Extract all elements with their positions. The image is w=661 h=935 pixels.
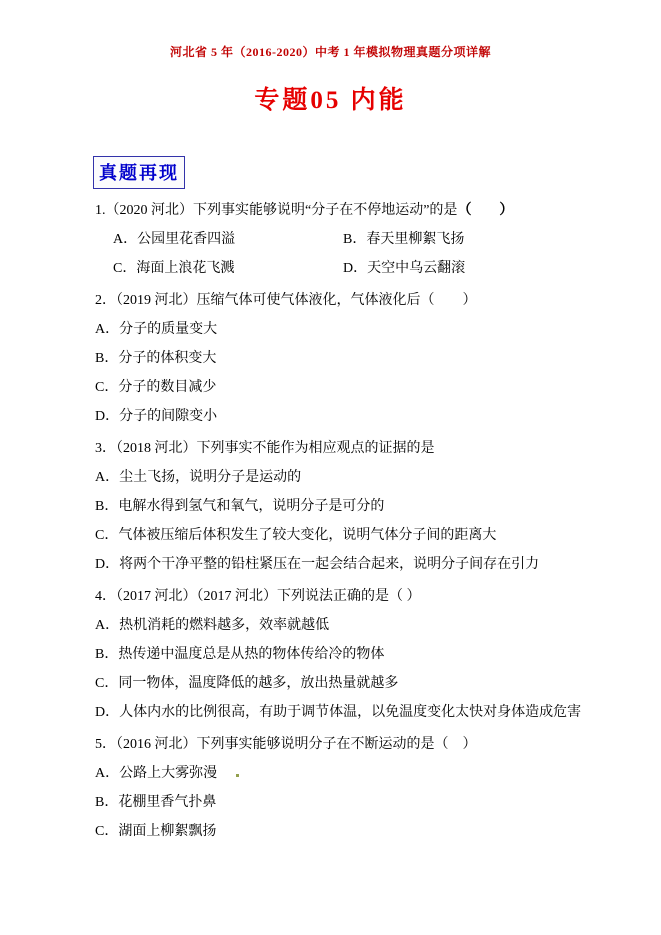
question-2-option-a: A．分子的质量变大 (95, 313, 615, 342)
question-3-option-a: A．尘土飞扬，说明分子是运动的 (95, 461, 615, 490)
question-2-option-c: C．分子的数目减少 (95, 371, 615, 400)
stray-mark-dot (236, 774, 239, 777)
question-3-option-c: C．气体被压缩后体积发生了较大变化，说明气体分子间的距离大 (95, 519, 615, 548)
question-1-option-a: A．公园里花香四溢 (95, 228, 343, 248)
document-page: 河北省 5 年（2016-2020）中考 1 年模拟物理真题分项详解 专题05 … (0, 0, 661, 935)
question-4-stem: 4．（2017 河北）（2017 河北）下列说法正确的是（ ） (95, 580, 615, 609)
question-1-options-row-2: C．海面上浪花飞溅 D．天空中乌云翻滚 (95, 252, 615, 281)
question-1-option-c: C．海面上浪花飞溅 (95, 257, 343, 277)
question-1-option-b: B．春天里柳絮飞扬 (343, 228, 464, 248)
question-2-option-d: D．分子的间隙变小 (95, 400, 615, 429)
question-5-option-b: B．花棚里香气扑鼻 (95, 786, 615, 815)
document-header: 河北省 5 年（2016-2020）中考 1 年模拟物理真题分项详解 (0, 43, 661, 60)
questions-list: 1.（2020 河北）下列事实能够说明“分子在不停地运动”的是（ ） A．公园里… (95, 191, 615, 844)
question-1-stem-text: 1.（2020 河北）下列事实能够说明“分子在不停地运动”的是 (95, 199, 457, 219)
section-badge: 真题再现 (93, 156, 185, 189)
question-4-option-b: B．热传递中温度总是从热的物体传给冷的物体 (95, 638, 615, 667)
question-1-stem: 1.（2020 河北）下列事实能够说明“分子在不停地运动”的是（ ） (95, 194, 615, 223)
question-1-options-row-1: A．公园里花香四溢 B．春天里柳絮飞扬 (95, 223, 615, 252)
question-5-option-a: A．公路上大雾弥漫 (95, 757, 615, 786)
question-1-option-d: D．天空中乌云翻滚 (343, 257, 465, 277)
question-4-option-d: D．人体内水的比例很高，有助于调节体温，以免温度变化太快对身体造成危害 (95, 696, 615, 725)
question-1-answer-paren: （ ） (457, 199, 513, 219)
question-5-stem: 5．（2016 河北）下列事实能够说明分子在不断运动的是（ ） (95, 728, 615, 757)
question-4-option-a: A．热机消耗的燃料越多，效率就越低 (95, 609, 615, 638)
question-2-stem: 2．（2019 河北）压缩气体可使气体液化，气体液化后（ ） (95, 284, 615, 313)
question-5-option-c: C．湖面上柳絮飘扬 (95, 815, 615, 844)
question-3-option-b: B．电解水得到氢气和氧气，说明分子是可分的 (95, 490, 615, 519)
page-title: 专题05 内能 (0, 80, 661, 116)
question-2-option-b: B．分子的体积变大 (95, 342, 615, 371)
question-3-stem: 3．（2018 河北）下列事实不能作为相应观点的证据的是 (95, 432, 615, 461)
question-3-option-d: D．将两个干净平整的铅柱紧压在一起会结合起来，说明分子间存在引力 (95, 548, 615, 577)
question-4-option-c: C．同一物体，温度降低的越多，放出热量就越多 (95, 667, 615, 696)
